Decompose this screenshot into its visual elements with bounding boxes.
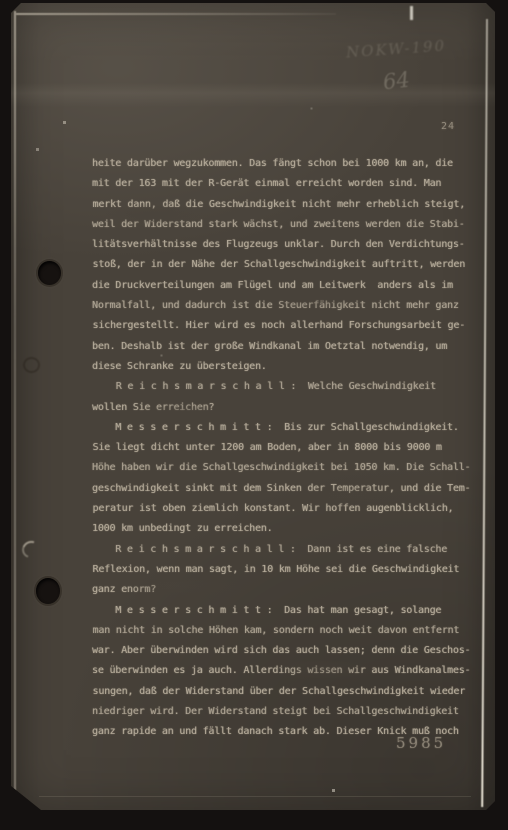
typewritten-line: Reflexion, wenn man sagt, in 10 km Höhe … <box>93 560 479 580</box>
typewritten-line: R e i c h s m a r s c h a l l : Dann ist… <box>92 540 478 560</box>
typewritten-line: ganz enorm? <box>92 580 478 600</box>
stamp-number: 5985 <box>396 734 446 752</box>
typewritten-line: ben. Deshalb ist der große Windkanal im … <box>92 337 478 357</box>
typewritten-line: R e i c h s m a r s c h a l l : Welche G… <box>93 377 479 397</box>
typewritten-line: Höhe haben wir die Schallgeschwindigkeit… <box>92 458 478 478</box>
typewritten-text: heite darüber wegzukommen. Das fängt sch… <box>92 154 478 743</box>
typewritten-line: 1000 km unbedingt zu erreichen. <box>92 519 478 539</box>
typewritten-line: sungen, daß der Widerstand über der Scha… <box>93 682 479 702</box>
typewritten-line: die Druckverteilungen am Flügel und am L… <box>92 276 478 296</box>
typewritten-line: peratur ist oben ziemlich konstant. Wir … <box>93 499 479 519</box>
typewritten-line: Normalfall, und dadurch ist die Steuerfä… <box>92 296 478 316</box>
typewritten-line: se überwinden es ja auch. Allerdings wis… <box>92 661 478 681</box>
typewritten-line: weil der Widerstand stark wächst, und zw… <box>92 215 478 235</box>
typewritten-line: heite darüber wegzukommen. Das fängt sch… <box>92 154 478 174</box>
typewritten-line: mit der 163 mit der R-Gerät einmal errei… <box>92 174 478 194</box>
typewritten-line: diese Schranke zu übersteigen. <box>92 357 478 377</box>
typewritten-line: war. Aber überwinden wird sich das auch … <box>92 641 478 661</box>
punch-hole-top <box>38 261 61 285</box>
dust-specks <box>11 3 12 4</box>
typewritten-line: stoß, der in der Nähe der Schallgeschwin… <box>93 255 479 275</box>
crescent-mark <box>19 538 42 561</box>
typewritten-line: wollen Sie erreichen? <box>92 398 478 418</box>
typewritten-line: geschwindigkeit sinkt mit dem Sinken der… <box>92 479 478 499</box>
handwritten-document-number: NOKW-190 <box>345 37 446 62</box>
scan-background: NOKW-190 64 24 heite darüber wegzukommen… <box>0 0 508 830</box>
page-edge-crease-bottom <box>39 796 471 797</box>
typewritten-line: M e s s e r s c h m i t t : Das hat man … <box>92 601 478 621</box>
handwritten-sheet-number: 64 <box>382 68 411 95</box>
typewritten-line: Sie liegt dicht unter 1200 am Boden, abe… <box>93 438 479 458</box>
typewritten-line: niedriger wird. Der Widerstand steigt be… <box>92 702 478 722</box>
film-tick-mark <box>410 6 413 20</box>
ring-mark <box>23 357 40 373</box>
page-edge-highlight-right <box>481 19 488 807</box>
typewritten-line: man nicht in solche Höhen kam, sondern n… <box>93 621 479 641</box>
punch-hole-bottom <box>36 578 60 604</box>
typewritten-line: M e s s e r s c h m i t t : Bis zur Scha… <box>92 418 478 438</box>
typewritten-line: sichergestellt. Hier wird es noch allerh… <box>93 316 479 336</box>
typewritten-line: litätsverhältnisse des Flugzeugs unklar.… <box>92 235 478 255</box>
document-page: NOKW-190 64 24 heite darüber wegzukommen… <box>11 3 495 810</box>
page-edge-highlight-left <box>14 11 16 803</box>
page-edge-highlight-top <box>16 13 336 15</box>
page-number: 24 <box>441 121 455 132</box>
typewritten-line: merkt dann, daß die Geschwindigkeit nich… <box>93 195 479 215</box>
